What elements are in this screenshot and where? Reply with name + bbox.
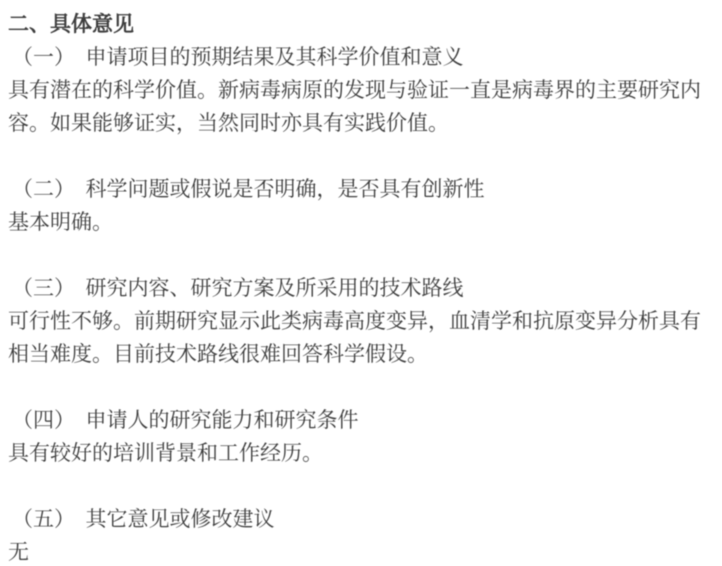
section-body: 可行性不够。前期研究显示此类病毒高度变异，血清学和抗原变异分析具有相当难度。目前… [8, 305, 710, 371]
section-scientific-question: （二） 科学问题或假说是否明确，是否具有创新性 基本明确。 [8, 173, 710, 239]
section-body: 基本明确。 [8, 206, 710, 239]
section-title: （三） 研究内容、研究方案及所采用的技术路线 [8, 272, 710, 305]
section-title: （五） 其它意见或修改建议 [8, 503, 710, 536]
section-title: （一） 申请项目的预期结果及其科学价值和意义 [8, 41, 710, 74]
section-research-plan: （三） 研究内容、研究方案及所采用的技术路线 可行性不够。前期研究显示此类病毒高… [8, 272, 710, 371]
review-comments-document: 二、具体意见 （一） 申请项目的预期结果及其科学价值和意义 具有潜在的科学价值。… [0, 0, 722, 566]
section-applicant-ability: （四） 申请人的研究能力和研究条件 具有较好的培训背景和工作经历。 [8, 404, 710, 470]
section-title: （二） 科学问题或假说是否明确，是否具有创新性 [8, 173, 710, 206]
section-body: 无 [8, 536, 710, 566]
document-heading: 二、具体意见 [8, 8, 710, 41]
section-other-comments: （五） 其它意见或修改建议 无 [8, 503, 710, 566]
section-expected-results: （一） 申请项目的预期结果及其科学价值和意义 具有潜在的科学价值。新病毒病原的发… [8, 41, 710, 140]
section-body: 具有较好的培训背景和工作经历。 [8, 437, 710, 470]
section-body: 具有潜在的科学价值。新病毒病原的发现与验证一直是病毒界的主要研究内容。如果能够证… [8, 74, 710, 140]
section-title: （四） 申请人的研究能力和研究条件 [8, 404, 710, 437]
